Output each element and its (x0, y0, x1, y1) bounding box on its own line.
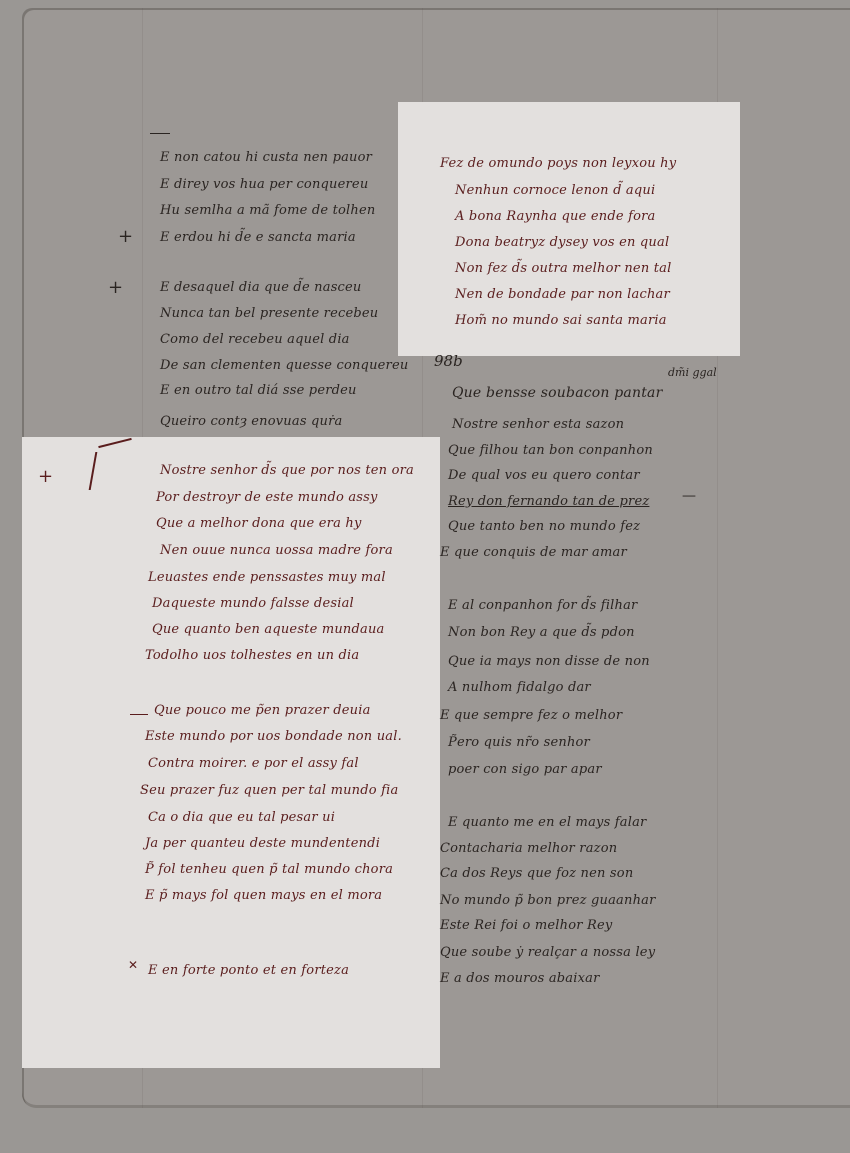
verse-line: Hu semlha a mã fome de tolhen (160, 203, 375, 218)
verse-line: Fez de omundo poys non leyxou hy (440, 156, 676, 171)
verse-line: Non bon Rey a que d̃s pdon (448, 625, 635, 640)
verse-line: E a dos mouros abaixar (440, 971, 600, 986)
verse-line: Como del recebeu aquel dia (160, 332, 350, 347)
verse-line: Hom̃ no mundo sai santa maria (455, 313, 667, 328)
verse-line: P̃ fol tenheu quen p̃ tal mundo chora (145, 862, 393, 877)
verse-line: Ja per quanteu deste mundentendi (145, 836, 380, 851)
verse-line: Non fez d̃s outra melhor nen tal (455, 261, 671, 276)
verse-line: Ca o dia que eu tal pesar ui (148, 810, 335, 825)
verse-line: Que tanto ben no mundo fez (448, 519, 640, 534)
verse-line: Que pouco me p̃en prazer deuia (154, 703, 371, 718)
verse-line: A nulhom fidalgo dar (448, 680, 591, 695)
verse-line: E desaquel dia que d̃e nasceu (160, 280, 362, 295)
verse-line: Todolho uos tolhestes en un dia (145, 648, 359, 663)
verse-line: Que filhou tan bon conpanhon (448, 443, 653, 458)
verse-line: E direy vos hua per conquereu (160, 177, 368, 192)
margin-dash-mark: — (682, 488, 696, 504)
verse-line: Que bensse soubacon pantar (452, 385, 662, 401)
margin-note: dm̃i ggal (668, 366, 717, 379)
verse-line: Seu prazer fuz quen per tal mundo fia (140, 783, 398, 798)
verse-line: Que ia mays non disse de non (448, 654, 650, 669)
verse-line: Nostre senhor esta sazon (452, 417, 624, 432)
verse-line: Daqueste mundo falsse desial (152, 596, 354, 611)
verse-line: E non catou hi custa nen pauor (160, 150, 372, 165)
verse-line: Rey don fernando tan de prez (448, 494, 649, 509)
verse-line: E en forte ponto et en forteza (148, 963, 349, 978)
cross-mark-icon: + (118, 226, 133, 247)
verse-line: Contra moirer. e por el assy fal (148, 756, 359, 771)
verse-line: No mundo p̃ bon prez guaanhar (440, 893, 656, 908)
verse-line: Que quanto ben aqueste mundaua (152, 622, 385, 637)
verse-line: Que soube ẏ realçar a nossa ley (440, 945, 655, 960)
ruling-dash (130, 714, 148, 715)
verse-line: E quanto me en el mays falar (448, 815, 646, 830)
verse-line: Que a melhor dona que era hy (156, 516, 362, 531)
margin-tick-icon: ✕ (128, 958, 138, 972)
folio-number: 98b (434, 352, 463, 370)
verse-line: E p̃ mays fol quen mays en el mora (145, 888, 382, 903)
verse-line: E erdou hi d̃e e sancta maria (160, 230, 356, 245)
verse-line: Ca dos Reys que foz nen son (440, 866, 633, 881)
verse-line: De qual vos eu quero contar (448, 468, 640, 483)
verse-line: Por destroyr de este mundo assy (156, 490, 378, 505)
verse-line: Nen de bondade par non lachar (455, 287, 670, 302)
verse-line: Nunca tan bel presente recebeu (160, 306, 378, 321)
verse-line: poer con sigo par apar (448, 762, 602, 777)
verse-line: Este mundo por uos bondade non ual. (145, 729, 402, 744)
verse-line: E al conpanhon for d̃s filhar (448, 598, 637, 613)
verse-line: A bona Raynha que ende fora (455, 209, 655, 224)
verse-line: E en outro tal diá sse perdeu (160, 383, 357, 398)
cross-mark-icon: + (108, 277, 123, 298)
verse-line: E que sempre fez o melhor (440, 708, 622, 723)
ruling-dash (150, 133, 170, 134)
verse-line: Nenhun cornoce lenon d̃ aqui (455, 183, 655, 198)
verse-line: Dona beatryz dysey vos en qual (455, 235, 669, 250)
verse-line: Nostre senhor d̃s que por nos ten ora (160, 463, 414, 478)
verse-line: P̃ero quis nr̃o senhor (448, 735, 590, 750)
verse-line: Queiro contȝ enovuas quṙa (160, 414, 343, 429)
verse-line: Contacharia melhor razon (440, 841, 617, 856)
cross-mark-icon: + (38, 466, 53, 487)
verse-line: E que conquis de mar amar (440, 545, 627, 560)
verse-line: Nen ouue nunca uossa madre fora (160, 543, 393, 558)
verse-line: Leuastes ende penssastes muy mal (148, 570, 386, 585)
verse-line: Este Rei foi o melhor Rey (440, 918, 612, 933)
verse-line: De san clementen quesse conquereu (160, 358, 408, 373)
